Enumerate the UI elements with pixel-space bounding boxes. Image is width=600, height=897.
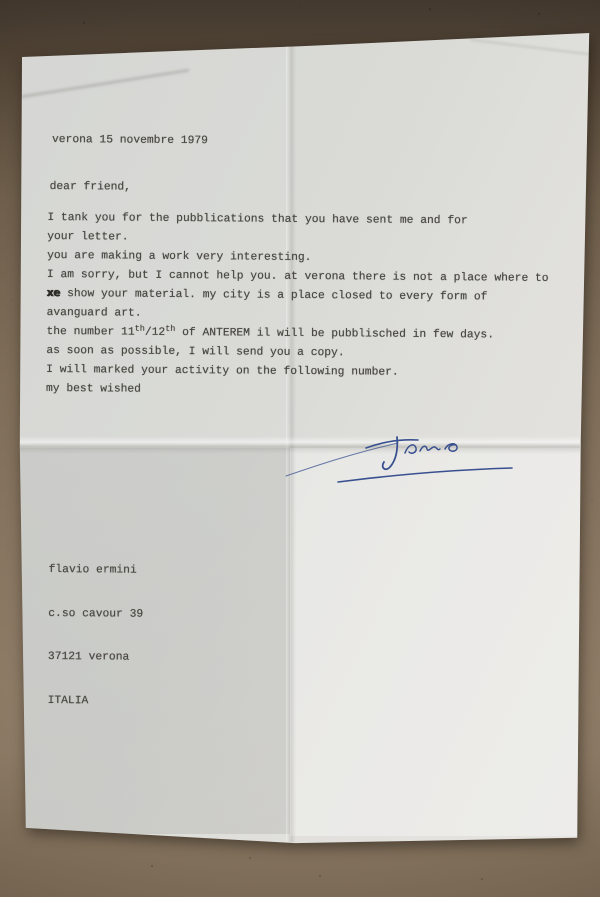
- handwritten-signature: [270, 418, 530, 498]
- sender-country: ITALIA: [48, 691, 143, 711]
- signature-flourish: [286, 443, 398, 476]
- sender-address-block: flavio ermini c.so cavour 39 37121 veron…: [47, 537, 143, 736]
- letter-date: verona 15 novembre 1979: [52, 131, 208, 151]
- sender-city: 37121 verona: [48, 648, 143, 668]
- photo-background: verona 15 novembre 1979 dear friend, I t…: [0, 0, 600, 897]
- sender-name: flavio ermini: [49, 561, 144, 581]
- letter-paper: verona 15 novembre 1979 dear friend, I t…: [0, 0, 600, 897]
- signature-letters-a: [405, 445, 416, 453]
- signature-underline: [338, 468, 512, 482]
- letter-body-line: my best wished: [46, 380, 548, 403]
- sender-street: c.so cavour 39: [48, 604, 143, 624]
- signature-letters-vi: [420, 446, 440, 451]
- paper-shadow-wrap: verona 15 novembre 1979 dear friend, I t…: [0, 0, 600, 897]
- signature-letters-o: [445, 444, 457, 451]
- letter-salutation: dear friend,: [50, 178, 132, 198]
- letter-body: I tank you for the pubblications that yo…: [46, 209, 549, 403]
